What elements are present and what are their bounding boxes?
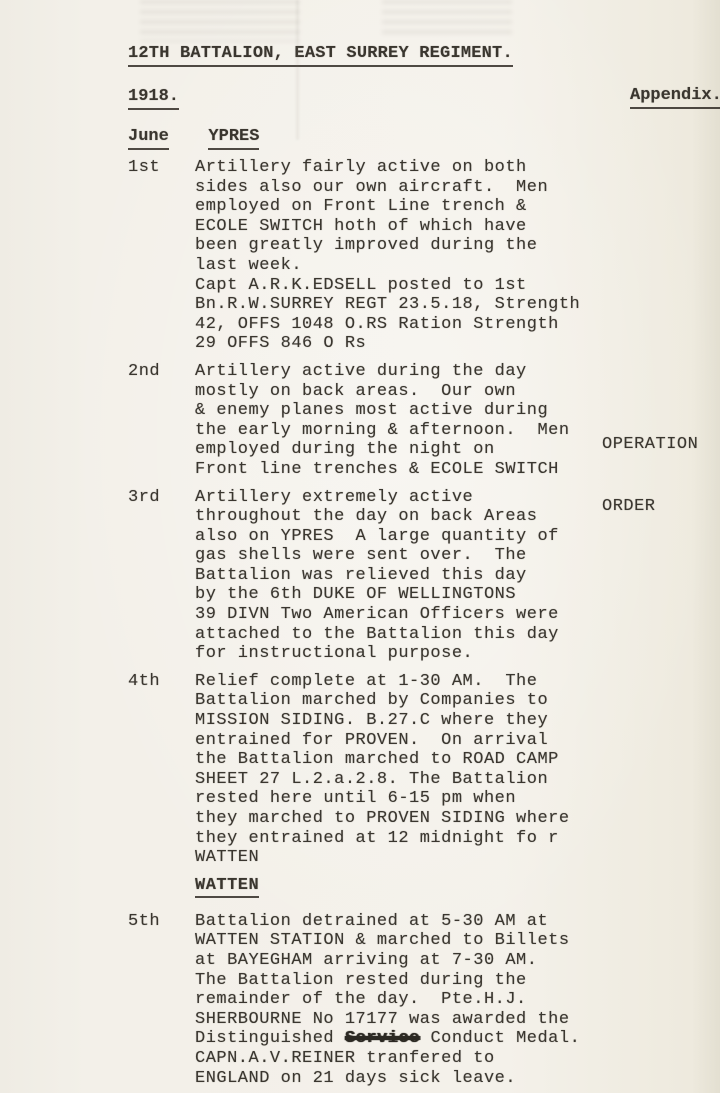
margin-note-operation-order: OPERATION ORDER [602,394,698,558]
diary-line: SHEET 27 L.2.a.2.8. The Battalion [195,770,720,790]
month-label: June [128,127,169,150]
entry-day-label: 2nd [128,362,195,480]
diary-line: 29 OFFS 846 O Rs [195,334,720,354]
appendix-label: Appendix. [630,86,720,109]
diary-line: Artillery fairly active on both [195,158,720,178]
page-title: 12TH BATTALION, EAST SURREY REGIMENT. [128,44,720,67]
diary-entry-1st: 1stArtillery fairly active on bothsides … [128,158,720,354]
diary-line: remainder of the day. Pte.H.J. [195,990,720,1010]
diary-line: Bn.R.W.SURREY REGT 23.5.18, Strength [195,295,720,315]
diary-line: last week. [195,256,720,276]
year-label: 1918. [128,87,179,110]
struck-out-word: Service [345,1029,420,1048]
diary-line: for instructional purpose. [195,644,720,664]
diary-line: ECOLE SWITCH hoth of which have [195,217,720,237]
entry-body: Artillery fairly active on bothsides als… [195,158,720,354]
diary-line: Artillery active during the day [195,362,720,382]
section-heading-text: WATTEN [195,876,259,898]
paper-fold-mark [296,0,299,140]
diary-line: Distinguished Service Conduct Medal. [195,1029,720,1049]
diary-line: the Battalion marched to ROAD CAMP [195,750,720,770]
diary-line: they entrained at 12 midnight fo r [195,829,720,849]
entry-day-label: 5th [128,912,195,1088]
bleed-through-smudge [140,0,300,42]
diary-line: Battalion detrained at 5-30 AM at [195,912,720,932]
margin-note-line: OPERATION [602,435,698,456]
diary-line-segment: Distinguished [195,1029,345,1048]
diary-line: by the 6th DUKE OF WELLINGTONS [195,585,720,605]
diary-line: attached to the Battalion this day [195,625,720,645]
diary-line: Battalion was relieved this day [195,566,720,586]
diary-entries: 1stArtillery fairly active on bothsides … [128,158,720,1088]
diary-line: Battalion marched by Companies to [195,691,720,711]
diary-line: been greatly improved during the [195,236,720,256]
diary-line: MISSION SIDING. B.27.C where they [195,711,720,731]
diary-line: The Battalion rested during the [195,971,720,991]
entry-body: Battalion detrained at 5-30 AM atWATTEN … [195,912,720,1088]
month-row: June YPRES [128,126,720,149]
margin-note-line: ORDER [602,497,698,518]
diary-entry-5th: 5thBattalion detrained at 5-30 AM atWATT… [128,912,720,1088]
diary-line: rested here until 6-15 pm when [195,789,720,809]
diary-entry-4th: 4thRelief complete at 1-30 AM. TheBattal… [128,672,720,868]
diary-line: they marched to PROVEN SIDING where [195,809,720,829]
entry-day-label: 1st [128,158,195,354]
diary-line: Relief complete at 1-30 AM. The [195,672,720,692]
diary-line-segment: Conduct Medal. [420,1029,581,1048]
diary-line: Capt A.R.K.EDSELL posted to 1st [195,276,720,296]
war-diary-page: 12TH BATTALION, EAST SURREY REGIMENT. 19… [0,0,720,1093]
diary-line: sides also our own aircraft. Men [195,178,720,198]
place-heading-ypres: YPRES [208,127,259,150]
diary-line: WATTEN STATION & marched to Billets [195,931,720,951]
diary-line: CAPN.A.V.REINER tranfered to [195,1049,720,1069]
section-heading-watten: WATTEN [195,876,720,898]
diary-line: WATTEN [195,848,720,868]
diary-line: SHERBOURNE No 17177 was awarded the [195,1010,720,1030]
year-row: 1918. Appendix. [128,86,720,109]
diary-line: 42, OFFS 1048 O.RS Ration Strength [195,315,720,335]
entry-day-label: 3rd [128,488,195,664]
diary-line: entrained for PROVEN. On arrival [195,731,720,751]
entry-day-label: 4th [128,672,195,868]
bleed-through-smudge [382,0,512,36]
diary-line: ENGLAND on 21 days sick leave. [195,1069,720,1089]
diary-line: employed on Front Line trench & [195,197,720,217]
entry-body: Relief complete at 1-30 AM. TheBattalion… [195,672,720,868]
diary-line: 39 DIVN Two American Officers were [195,605,720,625]
diary-line: at BAYEGHAM arriving at 7-30 AM. [195,951,720,971]
page-title-text: 12TH BATTALION, EAST SURREY REGIMENT. [128,44,513,67]
